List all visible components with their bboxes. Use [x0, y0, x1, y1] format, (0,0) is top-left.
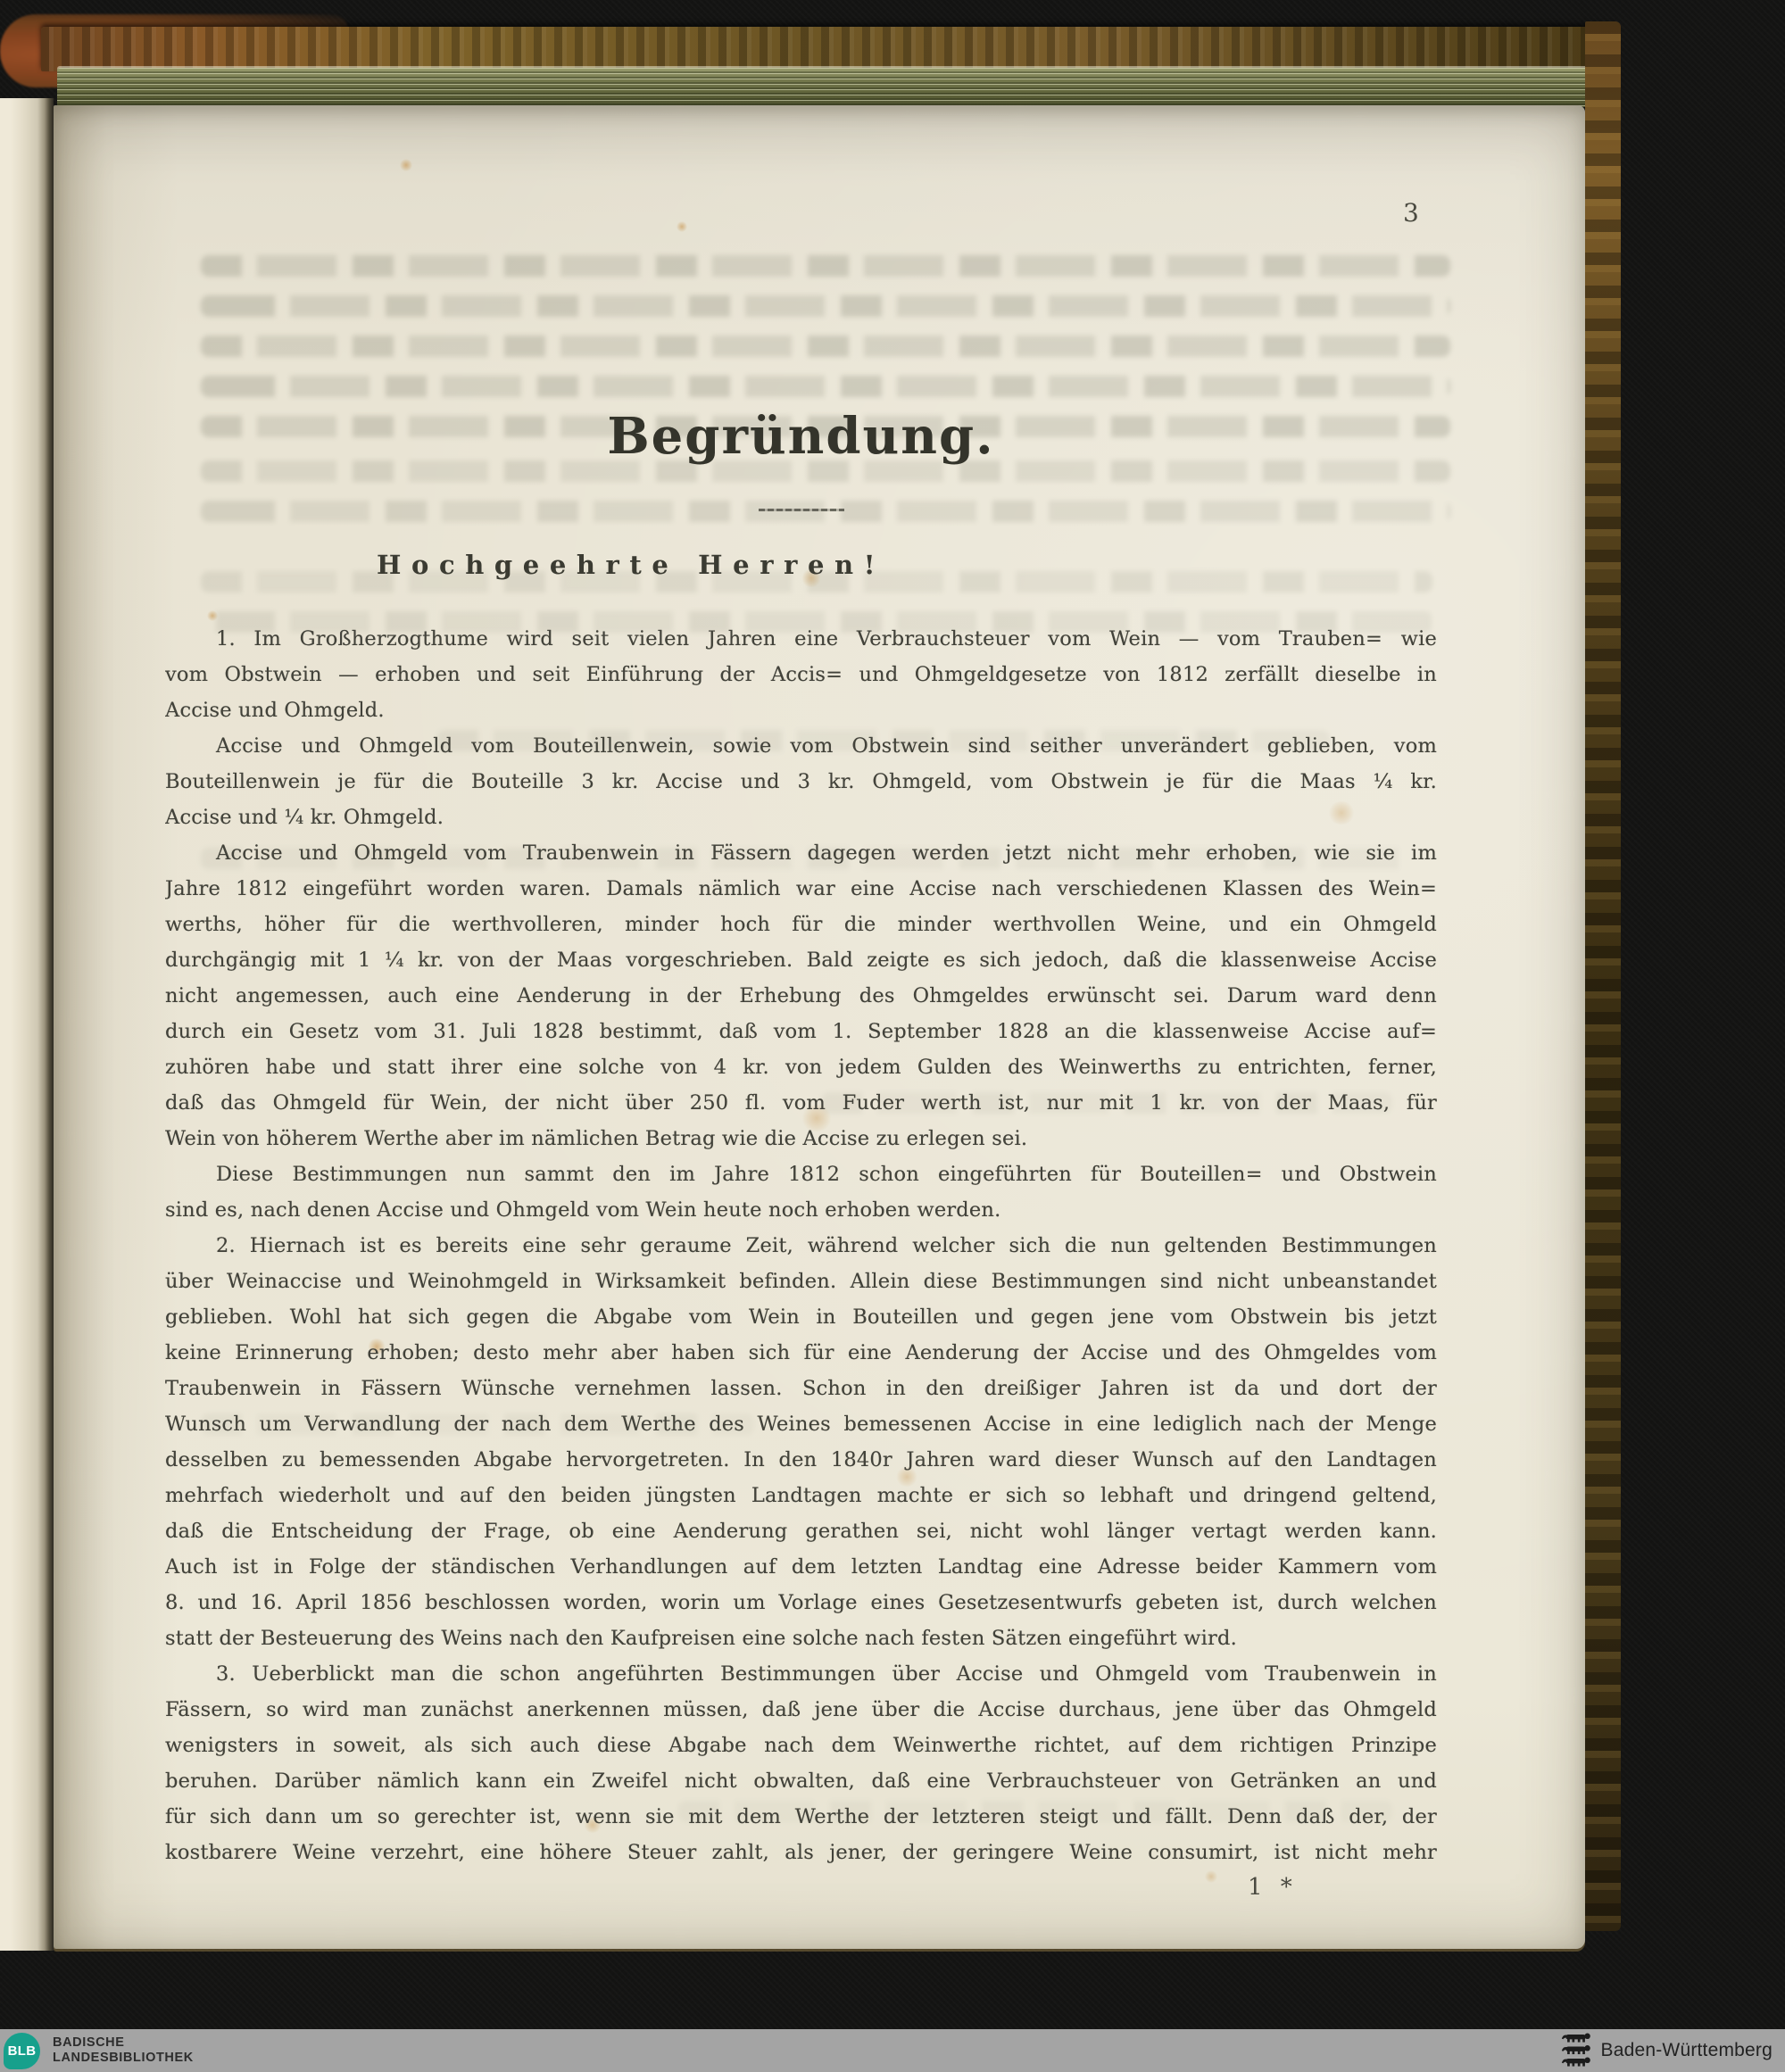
library-name-line2: LANDESBIBLIOTHEK: [53, 2051, 194, 2066]
adjacent-page-edge: [0, 98, 54, 1951]
library-branding: BLB BADISCHE LANDESBIBLIOTHEK: [0, 2029, 194, 2072]
text-line: Fässern, so wird man zunächst anerkennen…: [165, 1692, 1437, 1728]
text-line: werths, höher für die werthvolleren, min…: [165, 907, 1437, 942]
text-line: sind es, nach denen Accise und Ohmgeld v…: [165, 1192, 1437, 1228]
text-line: Bouteillenwein je für die Bouteille 3 kr…: [165, 764, 1437, 800]
text-line: Accise und Ohmgeld.: [165, 692, 1437, 728]
text-line: 8. und 16. April 1856 beschlossen worden…: [165, 1585, 1437, 1620]
text-line: daß die Entscheidung der Frage, ob eine …: [165, 1513, 1437, 1549]
text-line: Jahre 1812 eingeführt worden waren. Dama…: [165, 871, 1437, 907]
text-line: 1. Im Großherzogthume wird seit vielen J…: [165, 621, 1437, 657]
text-line: Auch ist in Folge der ständischen Verhan…: [165, 1549, 1437, 1585]
text-line: statt der Besteuerung des Weins nach den…: [165, 1620, 1437, 1656]
text-line: nicht angemessen, auch eine Aenderung in…: [165, 978, 1437, 1014]
text-line: 2. Hiernach ist es bereits eine sehr ger…: [165, 1228, 1437, 1264]
paragraph: 3. Ueberblickt man die schon angeführten…: [165, 1656, 1437, 1870]
text-line: Wein von höherem Werthe aber im nämliche…: [165, 1121, 1437, 1156]
book-cover-top-edge: [41, 27, 1615, 71]
library-name-line1: BADISCHE: [53, 2035, 194, 2051]
paragraph: Accise und Ohmgeld vom Traubenwein in Fä…: [165, 835, 1437, 1156]
title-rule: [759, 509, 844, 511]
text-line: vom Obstwein — erhoben und seit Einführu…: [165, 657, 1437, 692]
text-line: keine Erinnerung erhoben; desto mehr abe…: [165, 1335, 1437, 1371]
footer-bar: BLB BADISCHE LANDESBIBLIOTHEK: [0, 2029, 1785, 2072]
text-line: Accise und Ohmgeld vom Bouteillenwein, s…: [165, 728, 1437, 764]
paragraph: Diese Bestimmungen nun sammt den im Jahr…: [165, 1156, 1437, 1228]
text-line: daß das Ohmgeld für Wein, der nicht über…: [165, 1085, 1437, 1121]
text-line: zuhören habe und statt ihrer eine solche…: [165, 1049, 1437, 1085]
text-line: Accise und Ohmgeld vom Traubenwein in Fä…: [165, 835, 1437, 871]
scanned-page: 3 Begründung. Hochgeehrte Herren! 1. Im …: [54, 105, 1585, 1949]
foxing-spot: [1205, 1870, 1217, 1883]
state-label: Baden-Württemberg: [1601, 2040, 1773, 2061]
blb-logo-icon: BLB: [4, 2033, 40, 2069]
foxing-spot: [677, 221, 687, 232]
foxing-spot: [207, 610, 218, 621]
paragraph: 1. Im Großherzogthume wird seit vielen J…: [165, 621, 1437, 728]
text-line: desselben zu bemessenden Abgabe hervorge…: [165, 1442, 1437, 1478]
text-line: Traubenwein in Fässern Wünsche vernehmen…: [165, 1371, 1437, 1406]
text-line: durch ein Gesetz vom 31. Juli 1828 besti…: [165, 1014, 1437, 1049]
text-line: durchgängig mit 1 ¼ kr. von der Maas vor…: [165, 942, 1437, 978]
text-line: für sich dann um so gerechter ist, wenn …: [165, 1799, 1437, 1835]
book-cover-right-edge: [1585, 21, 1621, 1931]
page-block-top-edge: [57, 68, 1603, 107]
body-text: 1. Im Großherzogthume wird seit vielen J…: [165, 621, 1437, 1870]
text-line: geblieben. Wohl hat sich gegen die Abgab…: [165, 1299, 1437, 1335]
text-line: mehrfach wiederholt und auf den beiden j…: [165, 1478, 1437, 1513]
baden-wuerttemberg-coat-of-arms-icon: [1560, 2032, 1592, 2069]
paragraph: Accise und Ohmgeld vom Bouteillenwein, s…: [165, 728, 1437, 835]
signature-mark: 1 *: [1248, 1874, 1298, 1901]
foxing-spot: [400, 159, 412, 171]
salutation: Hochgeehrte Herren!: [377, 550, 885, 580]
bleedthrough-band: [201, 460, 1450, 541]
state-branding: Baden-Württemberg: [1560, 2029, 1785, 2072]
text-line: kostbarere Weine verzehrt, eine höhere S…: [165, 1835, 1437, 1870]
text-line: Accise und ¼ kr. Ohmgeld.: [165, 800, 1437, 835]
text-line: 3. Ueberblickt man die schon angeführten…: [165, 1656, 1437, 1692]
blb-logo-text: BLB: [8, 2043, 37, 2059]
page-number: 3: [1403, 198, 1420, 228]
text-line: Diese Bestimmungen nun sammt den im Jahr…: [165, 1156, 1437, 1192]
library-name: BADISCHE LANDESBIBLIOTHEK: [53, 2035, 194, 2066]
text-line: Wunsch um Verwandlung der nach dem Werth…: [165, 1406, 1437, 1442]
text-line: wenigsters in soweit, als sich auch dies…: [165, 1728, 1437, 1763]
text-line: beruhen. Darüber nämlich kann ein Zweife…: [165, 1763, 1437, 1799]
paragraph: 2. Hiernach ist es bereits eine sehr ger…: [165, 1228, 1437, 1656]
text-line: über Weinaccise und Weinohmgeld in Wirks…: [165, 1264, 1437, 1299]
document-title: Begründung.: [165, 407, 1437, 466]
